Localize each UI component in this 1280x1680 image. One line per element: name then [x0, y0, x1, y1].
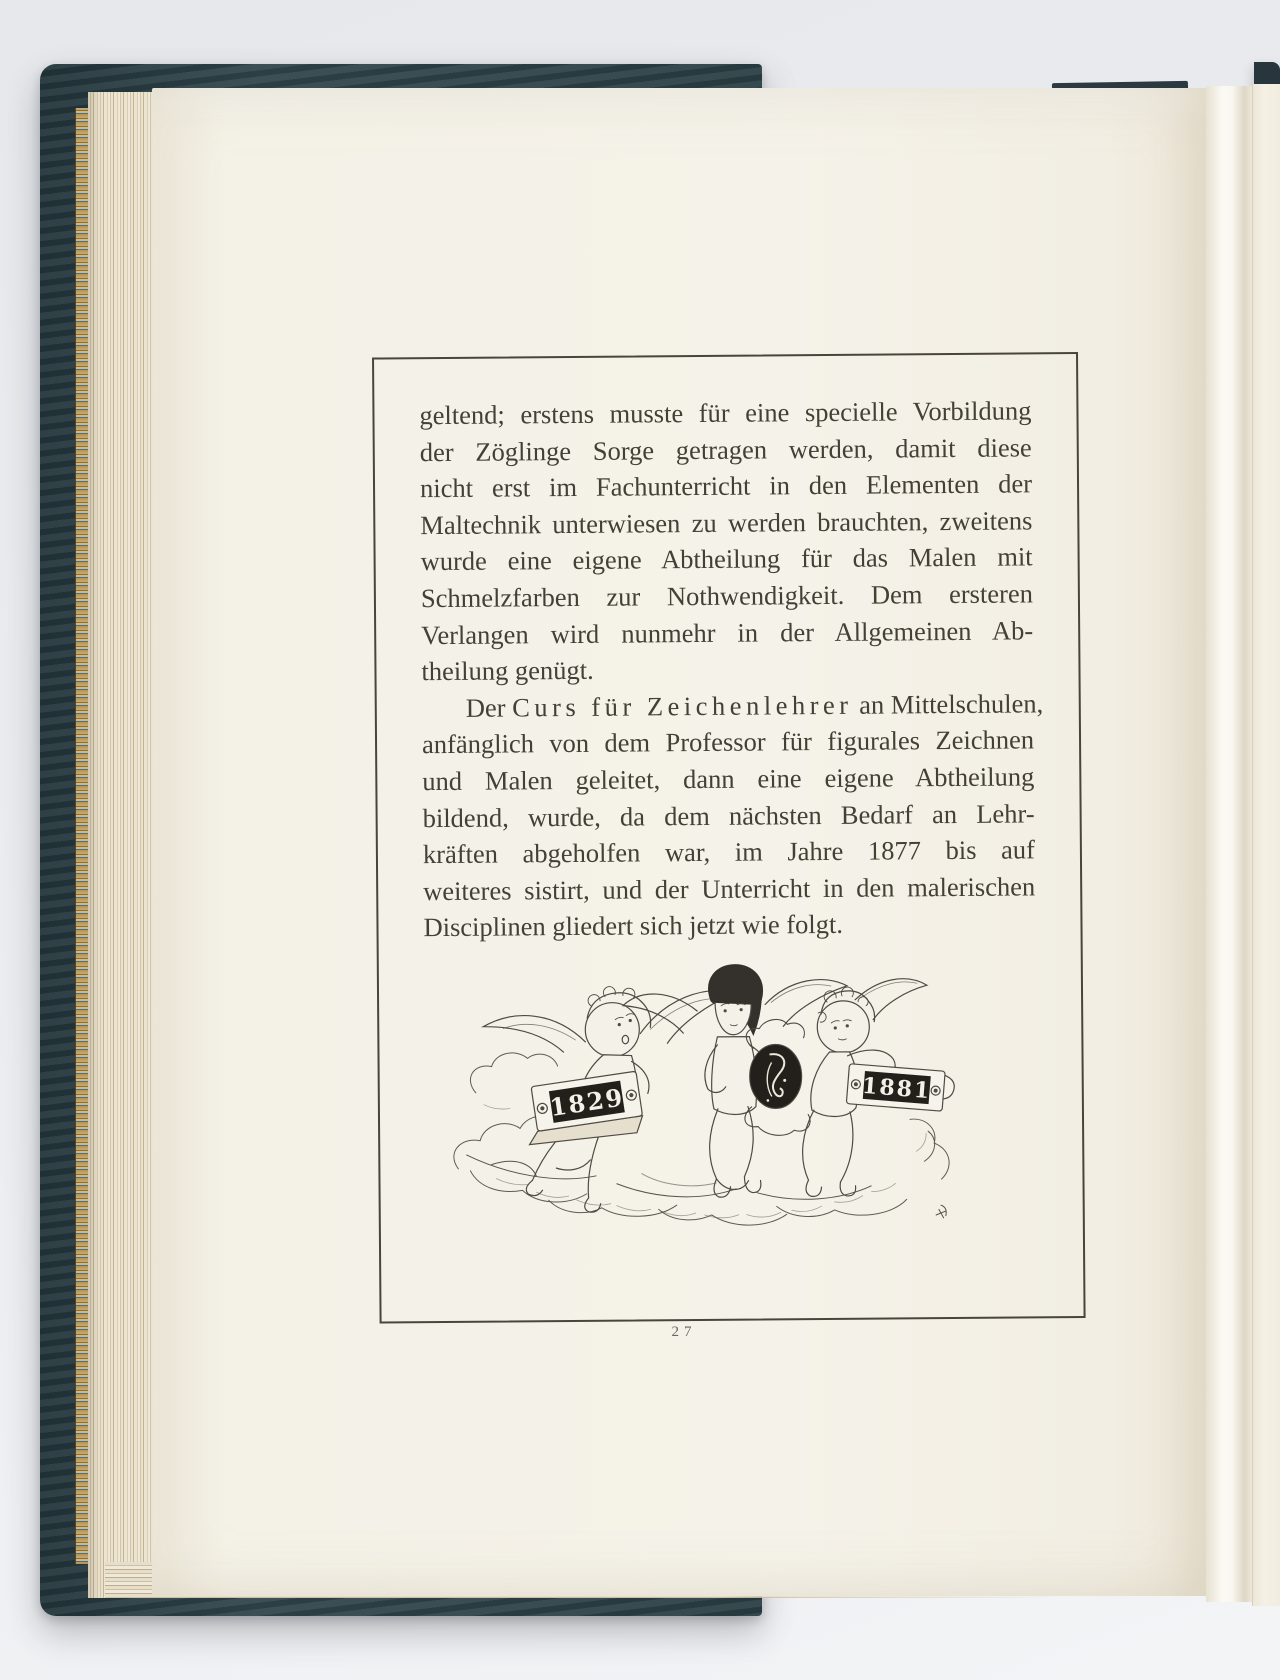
printed-text-frame: geltend; erstens musste für eine speciel…: [372, 352, 1086, 1324]
right-cherub-head: [817, 1001, 869, 1053]
text-segment: Der: [466, 692, 513, 722]
page-gutter: [1206, 86, 1254, 1602]
text-line: Schmelzfarben zur Nothwendigkeit. Dem er…: [421, 575, 1033, 616]
text-line: Maltechnik unterwiesen zu werden braucht…: [420, 502, 1032, 543]
monogram-cartouche: [744, 1019, 810, 1135]
text-line: geltend; erstens musste für eine speciel…: [419, 392, 1031, 433]
page-number: 27: [372, 1324, 996, 1341]
middle-cherub-face: [715, 1003, 751, 1035]
text-line: anfänglich von dem Professor für figural…: [422, 722, 1034, 763]
text-line: weiteres sistirt, und der Unterricht in …: [423, 868, 1035, 909]
text-segment-letterspaced: Curs für Zeichenlehrer: [512, 690, 853, 723]
text-segment: an Mittelschulen,: [852, 688, 1043, 719]
plaque-year-right: 1881: [861, 1073, 932, 1104]
fore-edge-page-stack: [88, 92, 158, 1598]
cherub-vignette-illustration: 1829: [435, 939, 967, 1243]
text-line: und Malen geleitet, dann eine eigene Abt…: [422, 758, 1034, 799]
text-block: geltend; erstens musste für eine speciel…: [419, 392, 1035, 946]
text-line: Der Curs für Zeichenlehrer an Mittelschu…: [422, 685, 1034, 726]
text-line: der Zöglinge Sorge getragen werden, dami…: [420, 429, 1032, 470]
text-line: bildend, wurde, da dem nächsten Bedarf a…: [422, 795, 1034, 836]
text-line: theilung genügt.: [421, 649, 1033, 690]
plaque-1881: 1881: [846, 1064, 955, 1112]
text-line: wurde eine eigene Abtheilung für das Mal…: [420, 539, 1032, 580]
left-cherub-head: [585, 1002, 639, 1056]
text-line: kräften abgeholfen war, im Jahre 1877 bi…: [423, 831, 1035, 872]
text-line: nicht erst im Fachunterricht in den Elem…: [420, 466, 1032, 507]
plaque-1829: 1829: [521, 1071, 645, 1148]
artist-monogram: [936, 1205, 947, 1218]
facing-page-edge: [1252, 84, 1280, 1606]
text-line: Verlangen wird nunmehr in der Allgemeine…: [421, 612, 1033, 653]
